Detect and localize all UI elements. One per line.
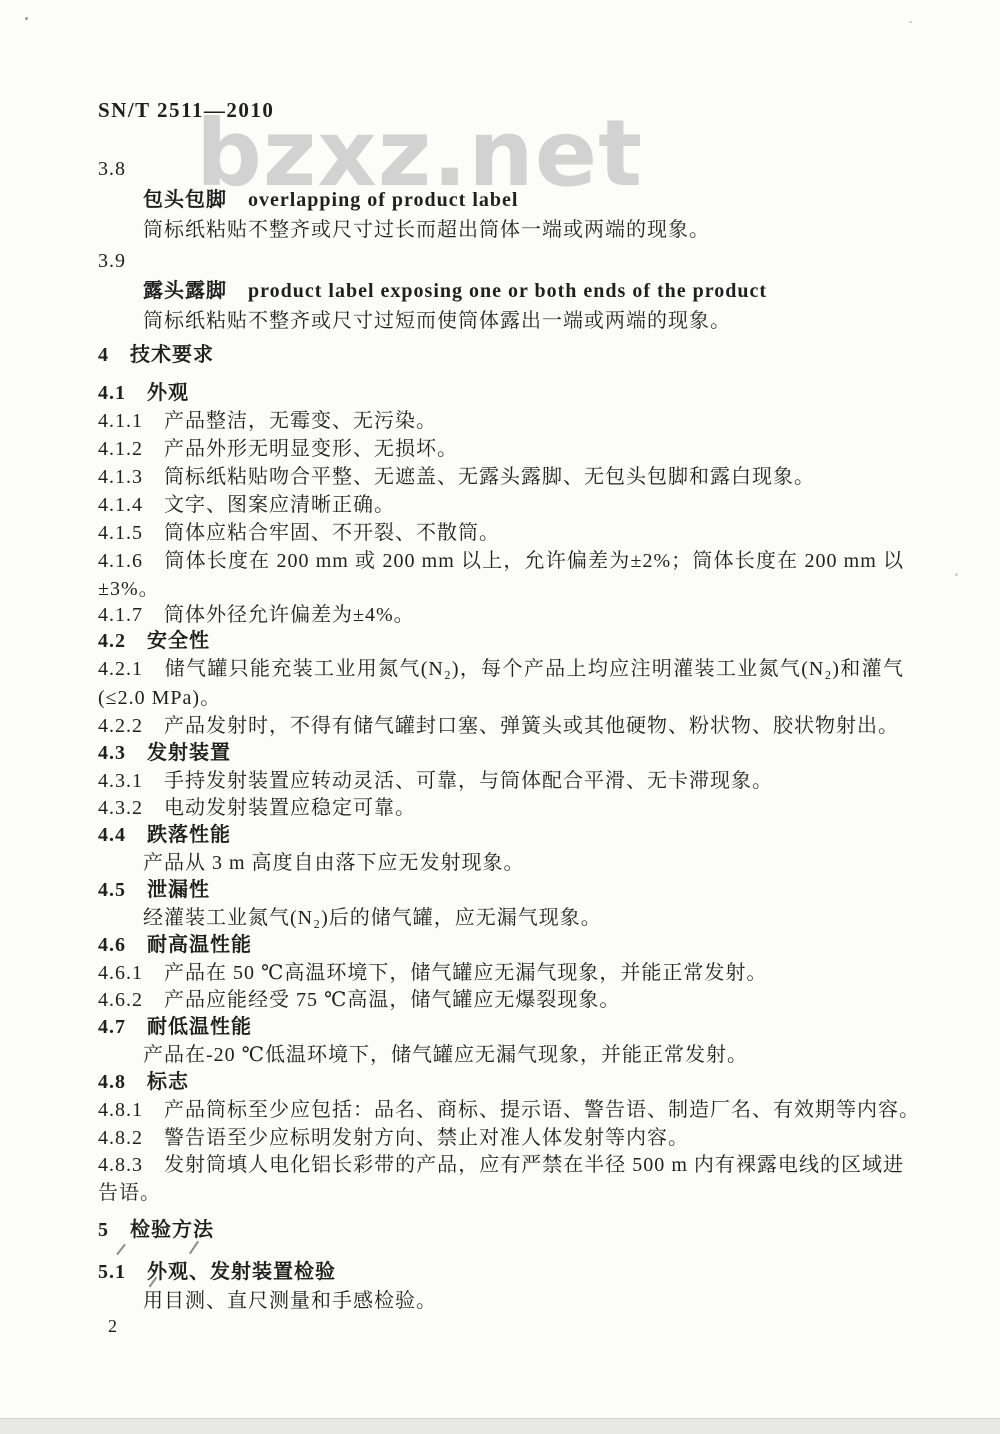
standard-number-header: SN/T 2511—2010 bbox=[98, 96, 904, 124]
body-4-4: 产品从 3 m 高度自由落下应无发射现象。 bbox=[98, 849, 904, 877]
item-4-8-3: 4.8.3 发射筒填人电化铝长彩带的产品，应有严禁在半径 500 m 内有裸露电… bbox=[98, 1151, 904, 1179]
page-content: SN/T 2511—2010 3.8 包头包脚 overlapping of p… bbox=[98, 0, 904, 1340]
term-3-8: 包头包脚 overlapping of product label bbox=[98, 186, 904, 214]
subsection-heading-4-4: 4.4 跌落性能 bbox=[98, 821, 904, 849]
item-4-3-2: 4.3.2 电动发射装置应稳定可靠。 bbox=[98, 794, 904, 822]
body-5-1: 用目测、直尺测量和手感检验。 bbox=[98, 1287, 904, 1315]
subsection-heading-4-3: 4.3 发射装置 bbox=[98, 739, 904, 767]
subsection-heading-4-5: 4.5 泄漏性 bbox=[98, 876, 904, 904]
subsection-heading-4-7: 4.7 耐低温性能 bbox=[98, 1013, 904, 1041]
subsection-heading-5-1: 5.1 外观、发射装置检验 bbox=[98, 1258, 904, 1286]
item-4-1-2: 4.1.2 产品外形无明显变形、无损坏。 bbox=[98, 435, 904, 463]
subsection-heading-4-1: 4.1 外观 bbox=[98, 379, 904, 407]
subsection-heading-4-8: 4.8 标志 bbox=[98, 1068, 904, 1096]
item-4-1-5: 4.1.5 筒体应粘合牢固、不开裂、不散筒。 bbox=[98, 519, 904, 547]
scan-speck bbox=[25, 17, 28, 20]
section-heading-4: 4 技术要求 bbox=[98, 341, 904, 369]
item-4-2-1: 4.2.1 储气罐只能充装工业用氮气(N₂)，每个产品上均应注明灌装工业氮气(N… bbox=[98, 655, 904, 683]
page-number: 2 bbox=[98, 1312, 904, 1340]
item-4-1-7: 4.1.7 筒体外径允许偏差为±4%。 bbox=[98, 601, 904, 629]
item-4-6-1: 4.6.1 产品在 50 ℃高温环境下，储气罐应无漏气现象，并能正常发射。 bbox=[98, 959, 904, 987]
item-4-2-2: 4.2.2 产品发射时，不得有储气罐封口塞、弹簧头或其他硬物、粉状物、胶状物射出… bbox=[98, 712, 904, 740]
definition-3-8: 筒标纸粘贴不整齐或尺寸过长而超出筒体一端或两端的现象。 bbox=[98, 216, 904, 244]
item-4-1-6: 4.1.6 筒体长度在 200 mm 或 200 mm 以上，允许偏差为±2%；… bbox=[98, 547, 904, 575]
section-heading-5: 5 检验方法 bbox=[98, 1216, 904, 1244]
document-page: bzxz.net SN/T 2511—2010 3.8 包头包脚 overlap… bbox=[0, 0, 1000, 1434]
item-4-8-3-continuation: 告语。 bbox=[98, 1179, 904, 1207]
item-4-8-1: 4.8.1 产品筒标至少应包括：品名、商标、提示语、警告语、制造厂名、有效期等内… bbox=[98, 1096, 904, 1124]
subsection-heading-4-2: 4.2 安全性 bbox=[98, 627, 904, 655]
item-4-2-1-continuation: (≤2.0 MPa)。 bbox=[98, 684, 904, 712]
term-3-9: 露头露脚 product label exposing one or both … bbox=[98, 277, 904, 305]
scan-footer-band bbox=[0, 1418, 1000, 1434]
item-4-6-2: 4.6.2 产品应能经受 75 ℃高温，储气罐应无爆裂现象。 bbox=[98, 986, 904, 1014]
item-4-8-2: 4.8.2 警告语至少应标明发射方向、禁止对准人体发射等内容。 bbox=[98, 1124, 904, 1152]
clause-number-3-9: 3.9 bbox=[98, 247, 904, 275]
body-4-5: 经灌装工业氮气(N₂)后的储气罐，应无漏气现象。 bbox=[98, 904, 904, 932]
item-4-1-3: 4.1.3 筒标纸粘贴吻合平整、无遮盖、无露头露脚、无包头包脚和露白现象。 bbox=[98, 463, 904, 491]
body-4-7: 产品在-20 ℃低温环境下，储气罐应无漏气现象，并能正常发射。 bbox=[98, 1041, 904, 1069]
item-4-1-1: 4.1.1 产品整洁，无霉变、无污染。 bbox=[98, 407, 904, 435]
item-4-1-4: 4.1.4 文字、图案应清晰正确。 bbox=[98, 491, 904, 519]
item-4-3-1: 4.3.1 手持发射装置应转动灵活、可靠，与筒体配合平滑、无卡滞现象。 bbox=[98, 767, 904, 795]
clause-number-3-8: 3.8 bbox=[98, 155, 904, 183]
scan-speck bbox=[909, 21, 912, 23]
subsection-heading-4-6: 4.6 耐高温性能 bbox=[98, 931, 904, 959]
item-4-1-6-continuation: ±3%。 bbox=[98, 575, 904, 603]
scan-speck bbox=[955, 573, 958, 576]
definition-3-9: 筒标纸粘贴不整齐或尺寸过短而使筒体露出一端或两端的现象。 bbox=[98, 307, 904, 335]
